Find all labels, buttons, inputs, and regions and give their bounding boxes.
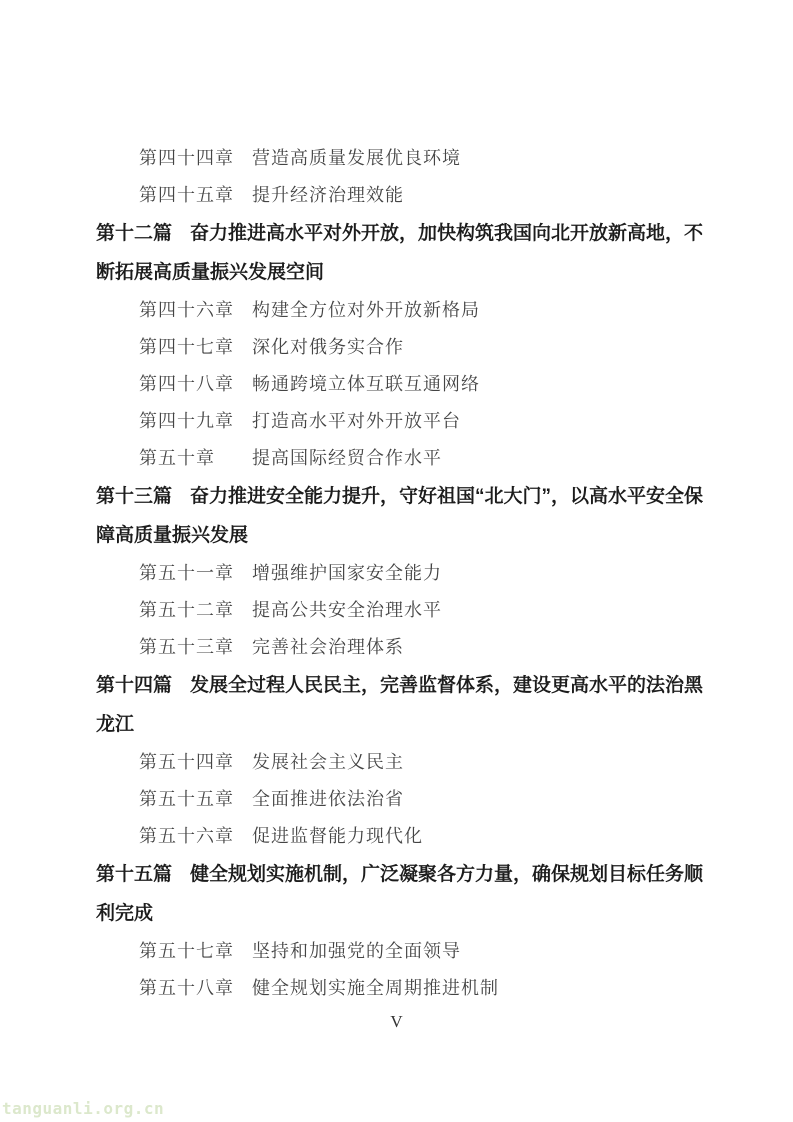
chapter-title: 坚持和加强党的全面领导 xyxy=(252,941,461,961)
toc-part-entry: 第十二篇奋力推进高水平对外开放，加快构筑我国向北开放新高地，不断拓展高质量振兴发… xyxy=(0,214,793,292)
chapter-title: 发展社会主义民主 xyxy=(252,752,404,772)
chapter-title: 促进监督能力现代化 xyxy=(252,826,423,846)
chapter-number: 第五十四章 xyxy=(139,744,252,781)
chapter-number: 第四十五章 xyxy=(139,177,252,214)
toc-chapter-entry: 第四十七章深化对俄务实合作 xyxy=(0,329,793,366)
chapter-title: 打造高水平对外开放平台 xyxy=(252,411,461,431)
part-number: 第十三篇 xyxy=(96,486,172,507)
chapter-number: 第五十六章 xyxy=(139,818,252,855)
part-title-line-2: 断拓展高质量振兴发展空间 xyxy=(96,253,793,292)
chapter-title: 提高国际经贸合作水平 xyxy=(252,448,442,468)
toc-list: 第四十四章营造高质量发展优良环境第四十五章提升经济治理效能第十二篇奋力推进高水平… xyxy=(0,140,793,1007)
toc-chapter-entry: 第四十六章构建全方位对外开放新格局 xyxy=(0,292,793,329)
chapter-number: 第四十四章 xyxy=(139,140,252,177)
part-title-text: 健全规划实施机制，广泛凝聚各方力量，确保规划目标任务顺 xyxy=(190,864,703,885)
watermark: tanguanli.org.cn xyxy=(2,1099,164,1118)
toc-chapter-entry: 第五十一章增强维护国家安全能力 xyxy=(0,555,793,592)
chapter-number: 第五十章 xyxy=(139,440,252,477)
chapter-title: 提升经济治理效能 xyxy=(252,185,404,205)
chapter-number: 第五十八章 xyxy=(139,970,252,1007)
part-number: 第十五篇 xyxy=(96,864,172,885)
chapter-title: 全面推进依法治省 xyxy=(252,789,404,809)
page-number: V xyxy=(0,1012,793,1032)
part-title-line-1: 第十二篇奋力推进高水平对外开放，加快构筑我国向北开放新高地，不 xyxy=(96,214,793,253)
toc-chapter-entry: 第五十八章健全规划实施全周期推进机制 xyxy=(0,970,793,1007)
chapter-number: 第四十八章 xyxy=(139,366,252,403)
toc-chapter-entry: 第四十五章提升经济治理效能 xyxy=(0,177,793,214)
toc-chapter-entry: 第五十章提高国际经贸合作水平 xyxy=(0,440,793,477)
chapter-number: 第五十二章 xyxy=(139,592,252,629)
document-page: 第四十四章营造高质量发展优良环境第四十五章提升经济治理效能第十二篇奋力推进高水平… xyxy=(0,0,793,1122)
part-title-line-1: 第十三篇奋力推进安全能力提升，守好祖国“北大门”，以高水平安全保 xyxy=(96,477,793,516)
chapter-number: 第五十七章 xyxy=(139,933,252,970)
toc-chapter-entry: 第五十三章完善社会治理体系 xyxy=(0,629,793,666)
toc-chapter-entry: 第五十七章坚持和加强党的全面领导 xyxy=(0,933,793,970)
chapter-number: 第五十一章 xyxy=(139,555,252,592)
part-title-text: 发展全过程人民民主，完善监督体系，建设更高水平的法治黑 xyxy=(190,675,703,696)
chapter-title: 完善社会治理体系 xyxy=(252,637,404,657)
part-number: 第十二篇 xyxy=(96,223,172,244)
toc-chapter-entry: 第五十二章提高公共安全治理水平 xyxy=(0,592,793,629)
toc-chapter-entry: 第四十九章打造高水平对外开放平台 xyxy=(0,403,793,440)
toc-part-entry: 第十三篇奋力推进安全能力提升，守好祖国“北大门”，以高水平安全保障高质量振兴发展 xyxy=(0,477,793,555)
chapter-title: 增强维护国家安全能力 xyxy=(252,563,442,583)
chapter-title: 深化对俄务实合作 xyxy=(252,337,404,357)
part-title-text: 奋力推进高水平对外开放，加快构筑我国向北开放新高地，不 xyxy=(190,223,703,244)
part-title-line-1: 第十四篇发展全过程人民民主，完善监督体系，建设更高水平的法治黑 xyxy=(96,666,793,705)
part-title-line-2: 障高质量振兴发展 xyxy=(96,516,793,555)
part-title-line-2: 龙江 xyxy=(96,705,793,744)
toc-chapter-entry: 第五十五章全面推进依法治省 xyxy=(0,781,793,818)
chapter-number: 第五十三章 xyxy=(139,629,252,666)
chapter-title: 营造高质量发展优良环境 xyxy=(252,148,461,168)
chapter-title: 提高公共安全治理水平 xyxy=(252,600,442,620)
chapter-title: 畅通跨境立体互联互通网络 xyxy=(252,374,480,394)
chapter-number: 第四十六章 xyxy=(139,292,252,329)
toc-chapter-entry: 第五十六章促进监督能力现代化 xyxy=(0,818,793,855)
chapter-title: 构建全方位对外开放新格局 xyxy=(252,300,480,320)
part-number: 第十四篇 xyxy=(96,675,172,696)
toc-part-entry: 第十四篇发展全过程人民民主，完善监督体系，建设更高水平的法治黑龙江 xyxy=(0,666,793,744)
chapter-title: 健全规划实施全周期推进机制 xyxy=(252,978,499,998)
toc-chapter-entry: 第四十八章畅通跨境立体互联互通网络 xyxy=(0,366,793,403)
chapter-number: 第五十五章 xyxy=(139,781,252,818)
part-title-text: 奋力推进安全能力提升，守好祖国“北大门”，以高水平安全保 xyxy=(190,486,703,507)
toc-part-entry: 第十五篇健全规划实施机制，广泛凝聚各方力量，确保规划目标任务顺利完成 xyxy=(0,855,793,933)
part-title-line-2: 利完成 xyxy=(96,894,793,933)
chapter-number: 第四十七章 xyxy=(139,329,252,366)
toc-chapter-entry: 第四十四章营造高质量发展优良环境 xyxy=(0,140,793,177)
chapter-number: 第四十九章 xyxy=(139,403,252,440)
toc-chapter-entry: 第五十四章发展社会主义民主 xyxy=(0,744,793,781)
part-title-line-1: 第十五篇健全规划实施机制，广泛凝聚各方力量，确保规划目标任务顺 xyxy=(96,855,793,894)
